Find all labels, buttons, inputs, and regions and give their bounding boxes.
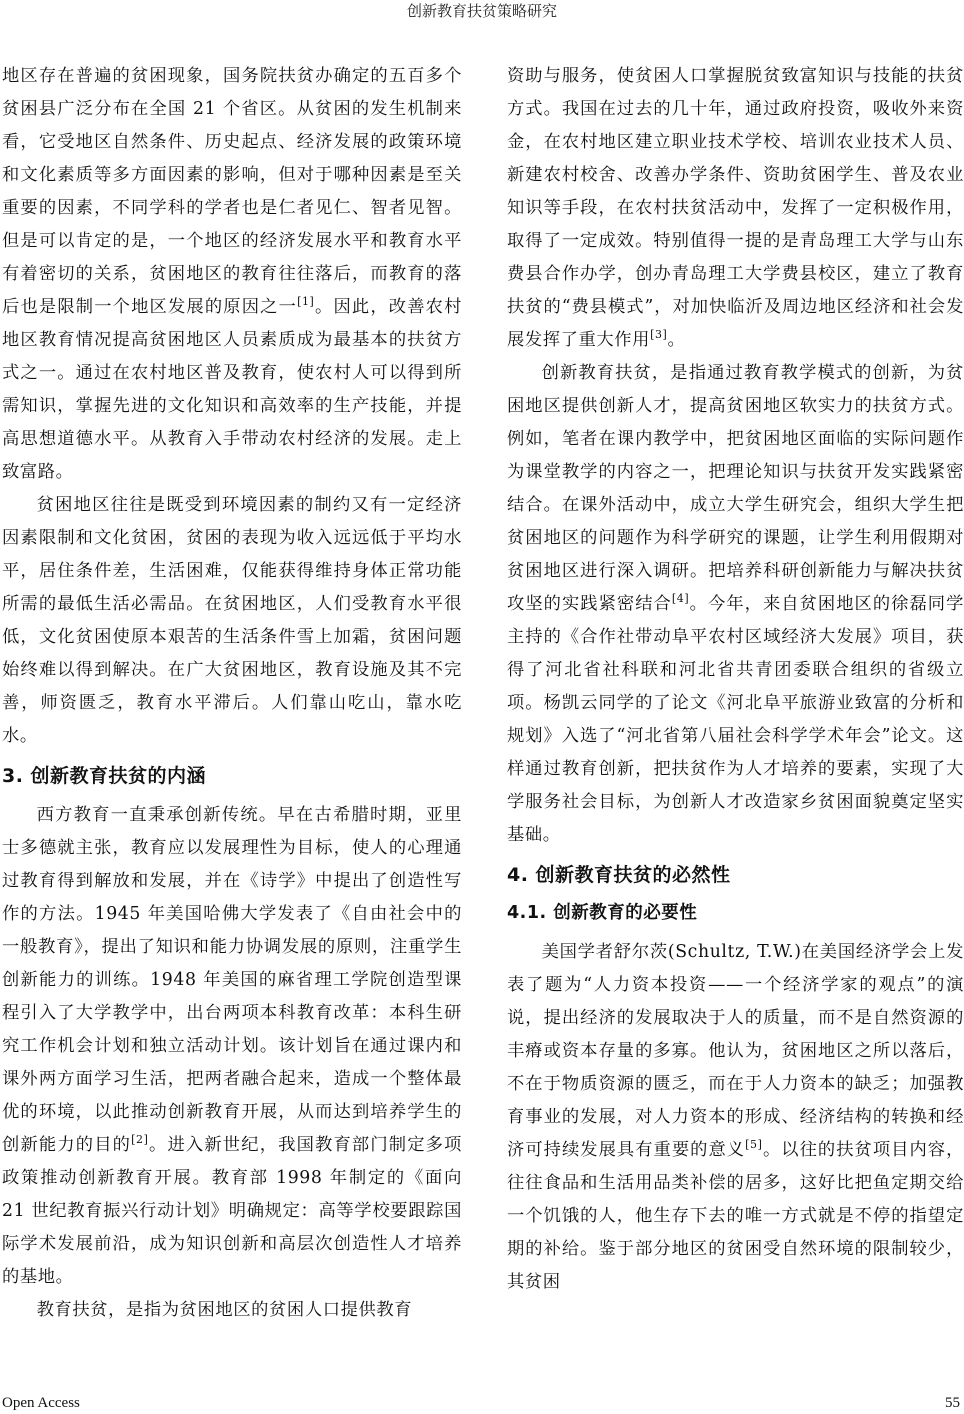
paragraph-text: 。进入新世纪，我国教育部门制定多项政策推动创新教育开展。教育部 1998 年制定… xyxy=(2,1135,462,1287)
citation-ref[interactable]: [2] xyxy=(131,1133,148,1146)
footer-open-access: Open Access xyxy=(2,1393,80,1413)
paragraph: 创新教育扶贫，是指通过教育教学模式的创新，为贫困地区提供创新人才，提高贫困地区软… xyxy=(507,357,964,852)
section-heading-3: 3. 创新教育扶贫的内涵 xyxy=(2,763,462,789)
paragraph: 资助与服务，使贫困人口掌握脱贫致富知识与技能的扶贫方式。我国在过去的几十年，通过… xyxy=(507,60,964,357)
paragraph-text: 地区存在普遍的贫困现象，国务院扶贫办确定的五百多个贫困县广泛分布在全国 21 个… xyxy=(2,66,462,317)
paragraph: 教育扶贫，是指为贫困地区的贫困人口提供教育 xyxy=(2,1294,462,1327)
paragraph-text: 。 xyxy=(667,330,685,350)
paragraph-text: 西方教育一直秉承创新传统。早在古希腊时期，亚里士多德就主张，教育应以发展理性为目… xyxy=(2,805,462,1155)
paragraph-text: 。今年，来自贫困地区的徐磊同学主持的《合作社带动阜平农村区域经济大发展》项目，获… xyxy=(507,594,964,845)
paragraph-text: 美国学者舒尔茨(Schultz, T.W.)在美国经济学会上发表了题为“人力资本… xyxy=(507,942,964,1160)
paragraph: 西方教育一直秉承创新传统。早在古希腊时期，亚里士多德就主张，教育应以发展理性为目… xyxy=(2,799,462,1294)
section-heading-4: 4. 创新教育扶贫的必然性 xyxy=(507,862,964,888)
paragraph-text: 资助与服务，使贫困人口掌握脱贫致富知识与技能的扶贫方式。我国在过去的几十年，通过… xyxy=(507,66,964,350)
paragraph-text: 。因此，改善农村地区教育情况提高贫困地区人员素质成为最基本的扶贫方式之一。通过在… xyxy=(2,297,462,482)
citation-ref[interactable]: [3] xyxy=(650,328,667,341)
citation-ref[interactable]: [5] xyxy=(745,1138,762,1151)
page-number: 55 xyxy=(945,1393,960,1413)
subsection-heading-4-1: 4.1. 创新教育的必要性 xyxy=(507,900,964,926)
paragraph: 地区存在普遍的贫困现象，国务院扶贫办确定的五百多个贫困县广泛分布在全国 21 个… xyxy=(2,60,462,489)
paragraph-text: 。以往的扶贫项目内容，往往食品和生活用品类补偿的居多，这好比把鱼定期交给一个饥饿… xyxy=(507,1140,964,1292)
paragraph-text: 创新教育扶贫，是指通过教育教学模式的创新，为贫困地区提供创新人才，提高贫困地区软… xyxy=(507,363,964,614)
left-column: 地区存在普遍的贫困现象，国务院扶贫办确定的五百多个贫困县广泛分布在全国 21 个… xyxy=(2,60,462,1327)
citation-ref[interactable]: [1] xyxy=(297,295,314,308)
paragraph: 贫困地区往往是既受到环境因素的制约又有一定经济因素限制和文化贫困，贫困的表现为收… xyxy=(2,489,462,753)
running-header: 创新教育扶贫策略研究 xyxy=(0,0,964,22)
right-column: 资助与服务，使贫困人口掌握脱贫致富知识与技能的扶贫方式。我国在过去的几十年，通过… xyxy=(507,60,964,1299)
citation-ref[interactable]: [4] xyxy=(672,592,689,605)
paragraph: 美国学者舒尔茨(Schultz, T.W.)在美国经济学会上发表了题为“人力资本… xyxy=(507,936,964,1299)
